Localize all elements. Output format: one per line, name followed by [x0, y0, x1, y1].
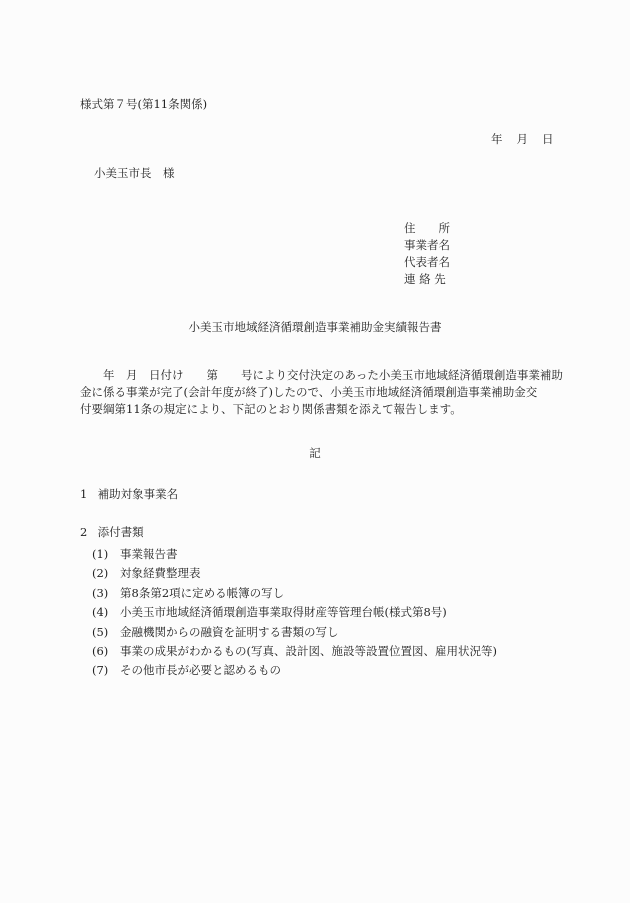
item-text: 事業の成果がわかるもの(写真、設計図、施設等設置位置図、雇用状況等): [120, 644, 497, 658]
section-number: 2: [80, 525, 94, 539]
applicant-fields: 住 所 事業者名 代表者名 連 絡 先: [404, 220, 450, 288]
form-number: 様式第７号(第11条関係): [80, 97, 207, 111]
document-title: 小美玉市地域経済循環創造事業補助金実績報告書: [0, 320, 630, 334]
list-item: (2)対象経費整理表: [92, 564, 497, 583]
item-number: (4): [92, 603, 120, 622]
list-item: (1)事業報告書: [92, 545, 497, 564]
item-text: 第8条第2項に定める帳簿の写し: [120, 586, 284, 600]
section-label: 添付書類: [98, 525, 144, 539]
item-text: 金融機関からの融資を証明する書類の写し: [120, 625, 339, 639]
list-item: (6)事業の成果がわかるもの(写真、設計図、施設等設置位置図、雇用状況等): [92, 642, 497, 661]
field-address-label: 住 所: [404, 220, 450, 237]
item-text: 小美玉市地域経済循環創造事業取得財産等管理台帳(様式第8号): [120, 605, 447, 619]
date-year-label: 年: [491, 132, 503, 146]
item-number: (2): [92, 564, 120, 583]
addressee: 小美玉市長 様: [94, 166, 175, 180]
list-item: (3)第8条第2項に定める帳簿の写し: [92, 584, 497, 603]
item-number: (5): [92, 623, 120, 642]
field-representative-label: 代表者名: [404, 254, 450, 271]
list-item: (7)その他市長が必要と認めるもの: [92, 661, 497, 680]
field-business-name-label: 事業者名: [404, 237, 450, 254]
body-line: 金に係る事業が完了(会計年度が終了)したので、小美玉市地域経済循環創造事業補助金…: [80, 384, 560, 401]
body-paragraph: 年 月 日付け 第 号により交付決定のあった小美玉市地域経済循環創造事業補助 金…: [80, 367, 560, 418]
list-item: (5)金融機関からの融資を証明する書類の写し: [92, 623, 497, 642]
ki-heading: 記: [0, 446, 630, 460]
item-number: (7): [92, 661, 120, 680]
field-contact-label: 連 絡 先: [404, 271, 450, 288]
item-number: (3): [92, 584, 120, 603]
list-item: (4)小美玉市地域経済循環創造事業取得財産等管理台帳(様式第8号): [92, 603, 497, 622]
item-number: (1): [92, 545, 120, 564]
item-text: 事業報告書: [120, 547, 178, 561]
section-number: 1: [80, 487, 94, 501]
item-text: その他市長が必要と認めるもの: [120, 663, 281, 677]
section-label: 補助対象事業名: [98, 487, 179, 501]
body-line: 付要綱第11条の規定により、下記のとおり関係書類を添えて報告します。: [80, 401, 560, 418]
body-line: 年 月 日付け 第 号により交付決定のあった小美玉市地域経済循環創造事業補助: [80, 367, 560, 384]
item-text: 対象経費整理表: [120, 566, 201, 580]
section-1: 1 補助対象事業名: [80, 487, 178, 501]
item-number: (6): [92, 642, 120, 661]
date-month-label: 月: [517, 132, 529, 146]
attachment-list: (1)事業報告書 (2)対象経費整理表 (3)第8条第2項に定める帳簿の写し (…: [92, 545, 497, 681]
section-2: 2 添付書類: [80, 525, 144, 539]
date-line: 年月日: [491, 132, 554, 146]
date-day-label: 日: [542, 132, 554, 146]
